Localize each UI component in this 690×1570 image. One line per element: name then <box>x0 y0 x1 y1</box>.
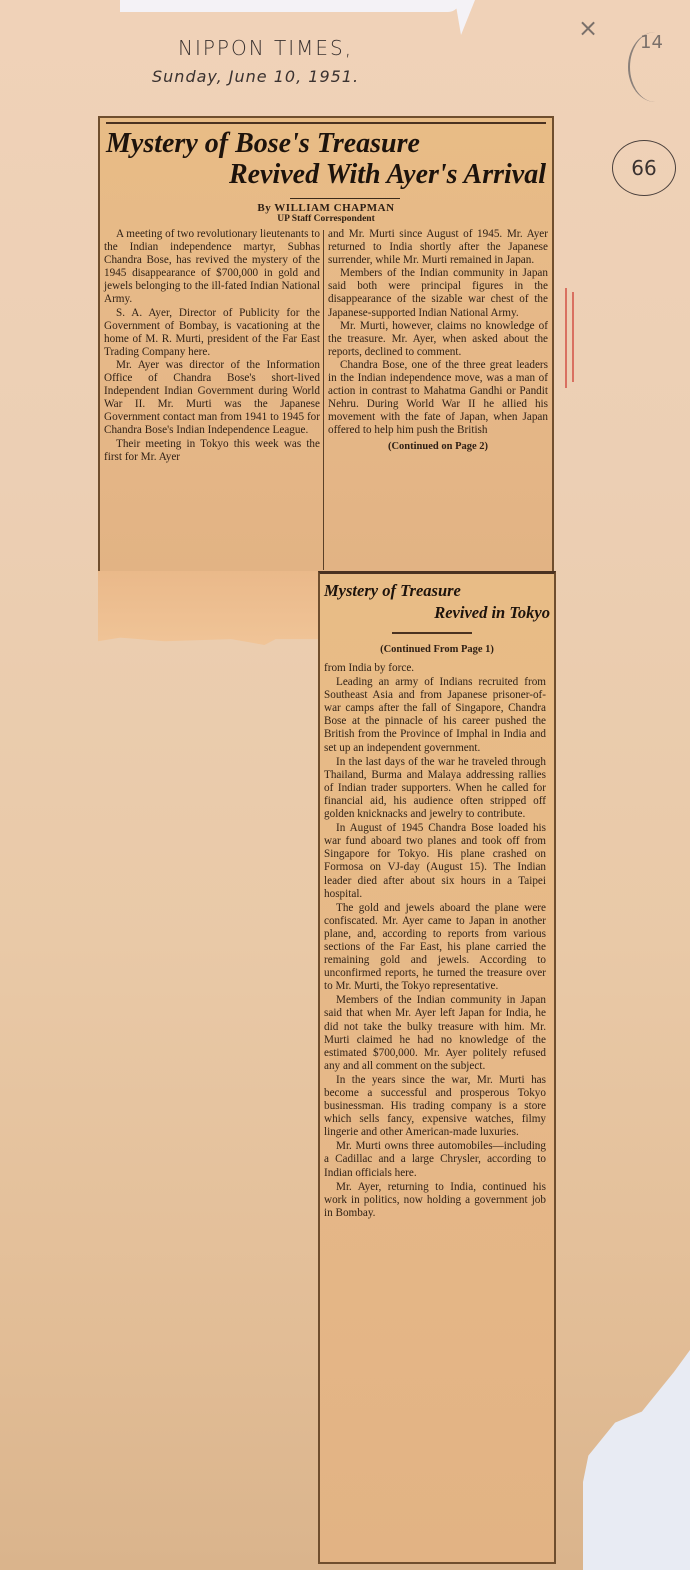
headline-rule <box>392 632 472 634</box>
column-divider <box>323 230 324 570</box>
clipping-continued: Mystery of Treasure Revived in Tokyo (Co… <box>318 571 556 1564</box>
paragraph: In the years since the war, Mr. Murti ha… <box>324 1074 546 1139</box>
continued-article-column: from India by force. Leading an army of … <box>324 662 546 1221</box>
paragraph: Mr. Murti owns three automobiles—includi… <box>324 1140 546 1179</box>
continued-on-note: (Continued on Page 2) <box>328 440 548 453</box>
byline-role: UP Staff Correspondent <box>100 214 552 224</box>
paragraph: In August of 1945 Chandra Bose loaded hi… <box>324 822 546 901</box>
headline-line-1: Mystery of Bose's Treasure <box>106 128 420 159</box>
handwritten-publication: NIPPON TIMES, <box>178 36 353 60</box>
paragraph: and Mr. Murti since August of 1945. Mr. … <box>328 228 548 267</box>
paragraph: from India by force. <box>324 662 546 675</box>
paragraph: Members of the Indian community in Japan… <box>324 994 546 1073</box>
article-column-2: and Mr. Murti since August of 1945. Mr. … <box>328 228 548 453</box>
continued-headline-line-1: Mystery of Treasure <box>324 581 461 600</box>
headline-line-2: Revived With Ayer's Arrival <box>106 159 548 190</box>
clipping-main: Mystery of Bose's Treasure Revived With … <box>98 116 554 573</box>
archival-paper-sheet: NIPPON TIMES, Sunday, June 10, 1951. × 1… <box>0 0 690 1570</box>
clipping-torn-tail <box>98 571 320 645</box>
paragraph: Their meeting in Tokyo this week was the… <box>104 438 320 464</box>
paragraph: A meeting of two revolutionary lieutenan… <box>104 228 320 307</box>
paragraph: In the last days of the war he traveled … <box>324 756 546 821</box>
paper-torn-corner <box>583 1350 690 1570</box>
circled-page-number: 66 <box>612 140 676 196</box>
paper-torn-edge <box>455 0 475 35</box>
headline-rule <box>106 122 546 124</box>
paragraph: Mr. Murti, however, claims no knowledge … <box>328 320 548 359</box>
pencil-page-number: 14 <box>628 32 683 102</box>
paragraph: Mr. Ayer, returning to India, continued … <box>324 1181 546 1220</box>
paragraph: S. A. Ayer, Director of Publicity for th… <box>104 307 320 359</box>
paragraph: Members of the Indian community in Japan… <box>328 267 548 319</box>
byline: By WILLIAM CHAPMAN <box>100 202 552 214</box>
continued-from-note: (Continued From Page 1) <box>320 644 554 655</box>
headline: Mystery of Bose's Treasure Revived With … <box>106 128 548 190</box>
red-pencil-marks <box>565 288 577 388</box>
article-column-1: A meeting of two revolutionary lieutenan… <box>104 228 320 464</box>
continued-headline: Mystery of Treasure Revived in Tokyo <box>324 580 550 624</box>
paragraph: Mr. Ayer was director of the Information… <box>104 359 320 438</box>
handwritten-date: Sunday, June 10, 1951. <box>152 67 359 86</box>
byline-rule <box>290 198 400 199</box>
paragraph: The gold and jewels aboard the plane wer… <box>324 902 546 994</box>
paragraph: Leading an army of Indians recruited fro… <box>324 676 546 755</box>
continued-headline-line-2: Revived in Tokyo <box>324 602 550 624</box>
paragraph: Chandra Bose, one of the three great lea… <box>328 359 548 438</box>
paper-torn-edge <box>120 0 460 12</box>
pencil-x-mark: × <box>578 14 598 42</box>
